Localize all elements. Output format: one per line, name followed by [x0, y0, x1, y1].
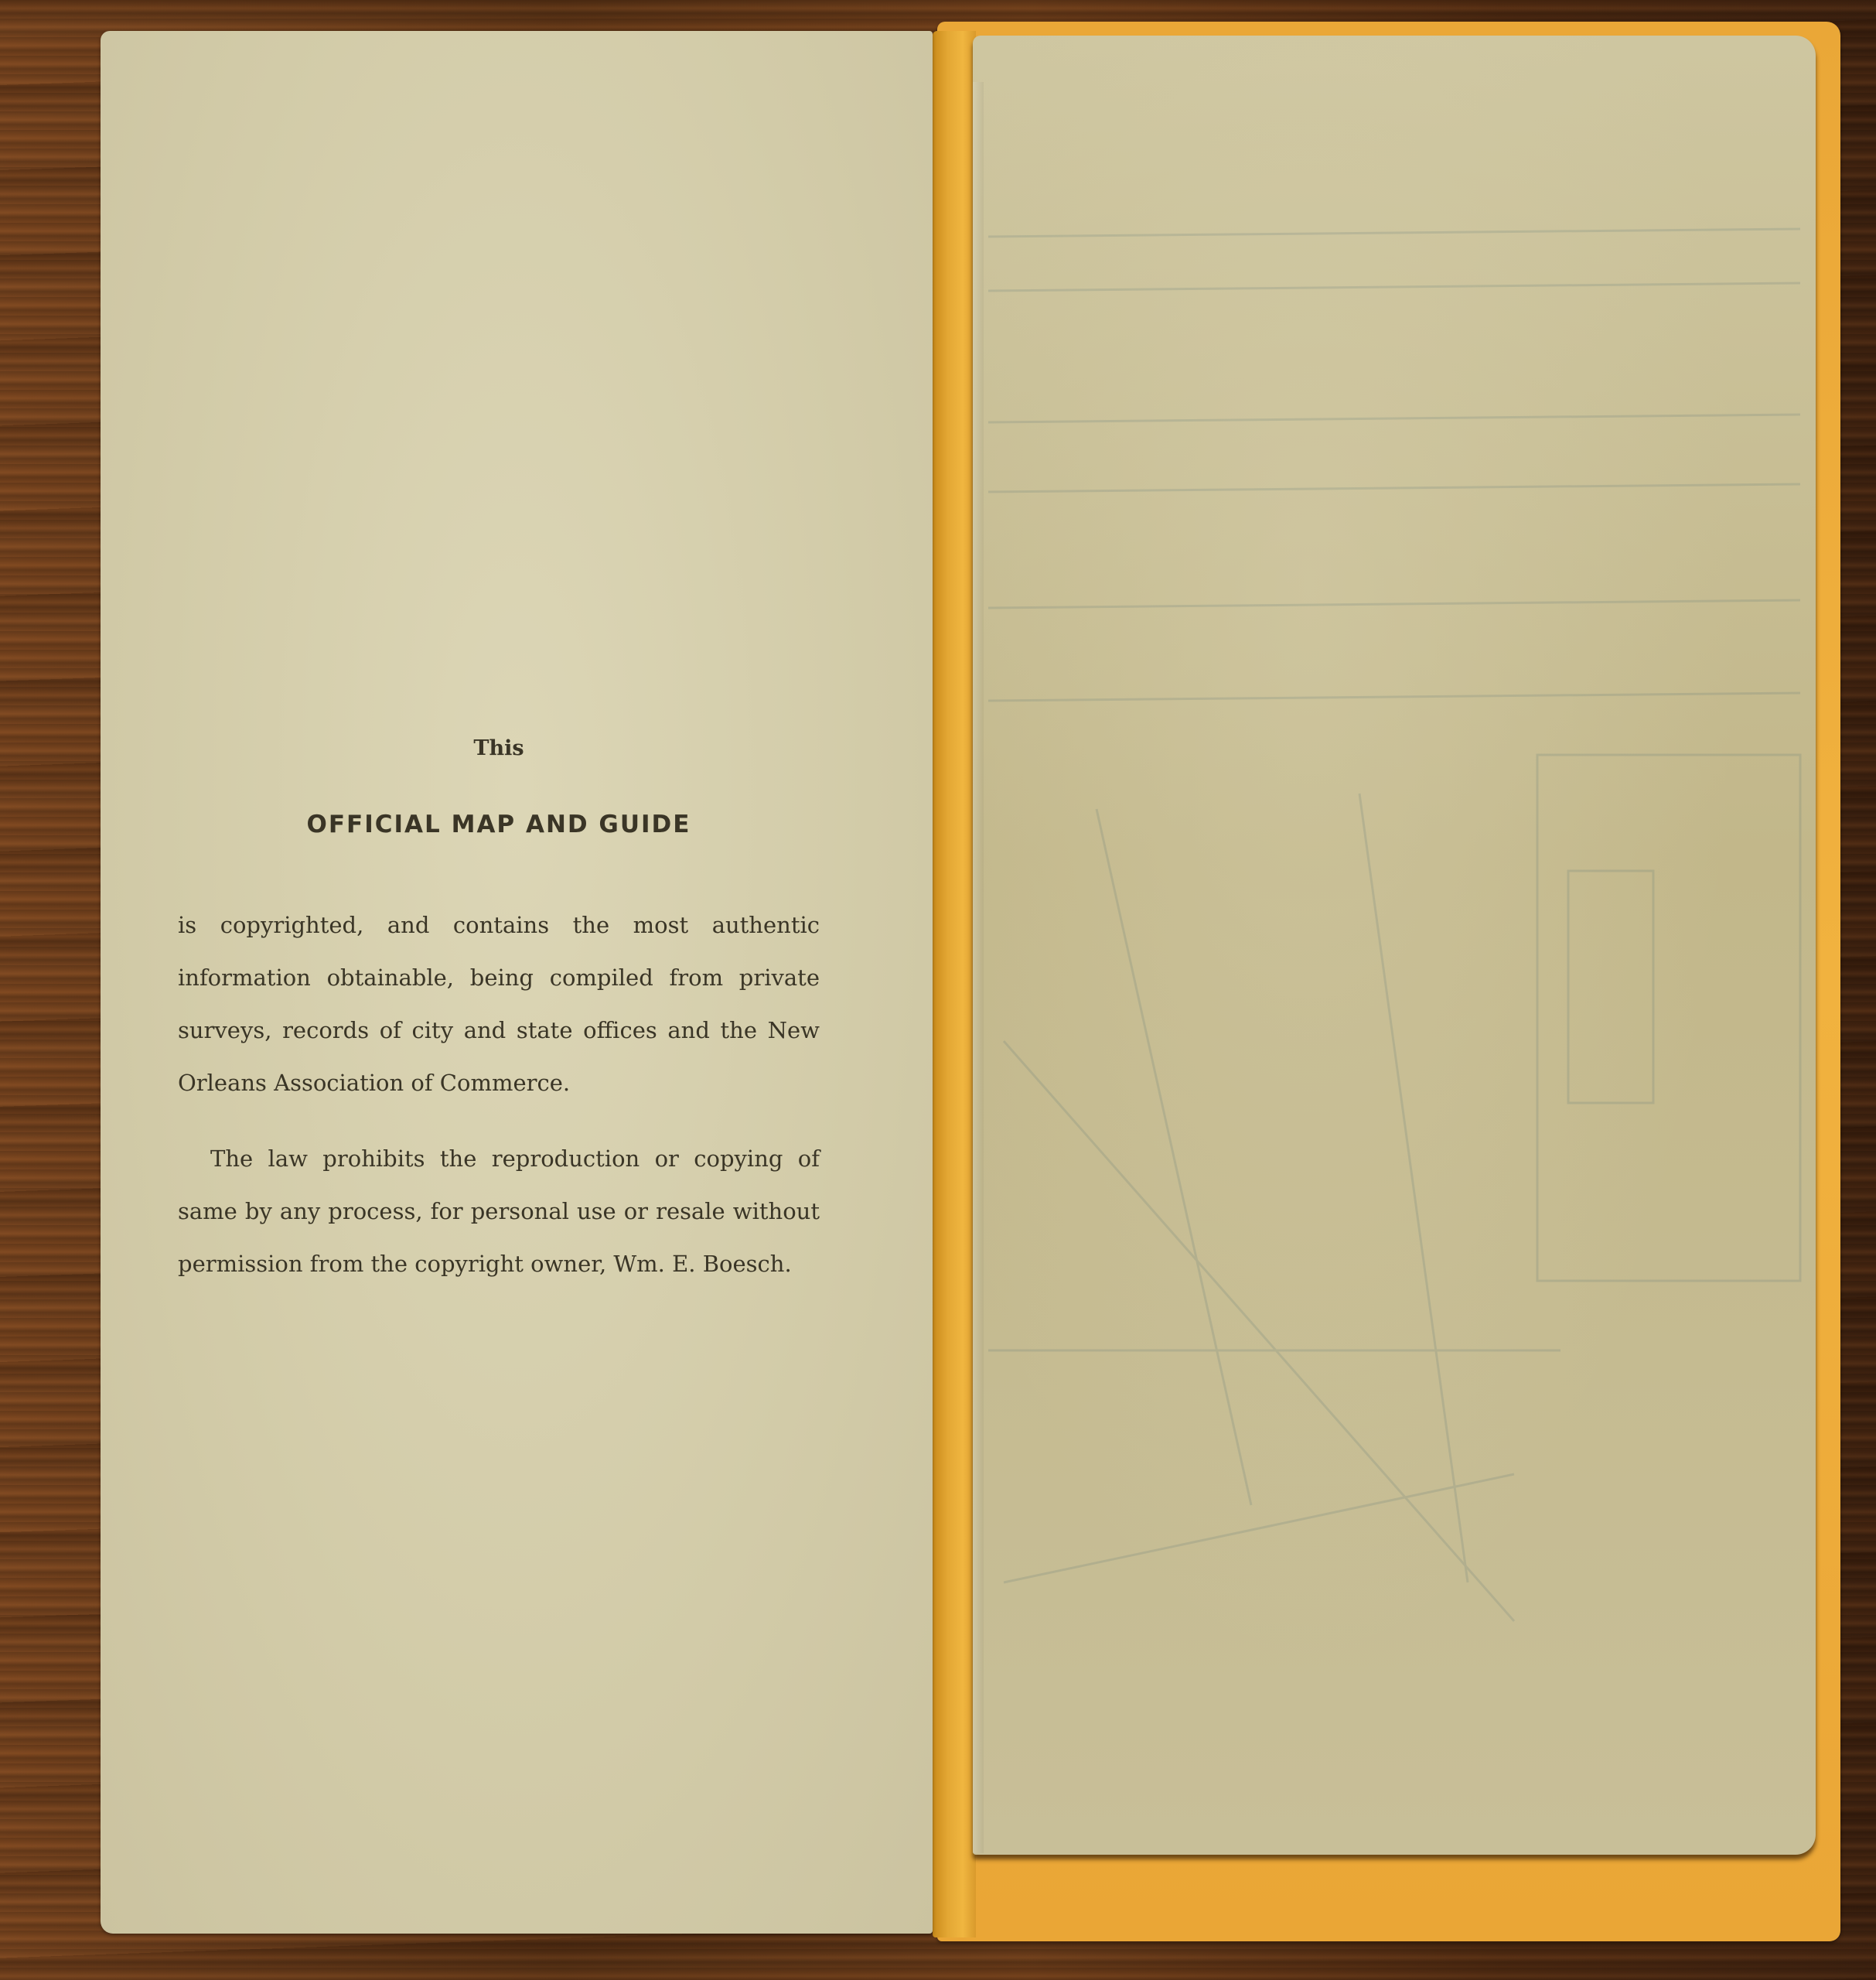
- cover-inner-page: This OFFICIAL MAP AND GUIDE is copyright…: [101, 31, 933, 1934]
- map-show-through: [973, 36, 1816, 1855]
- title-heading: OFFICIAL MAP AND GUIDE: [178, 811, 820, 838]
- folded-map: [973, 36, 1816, 1855]
- prohibition-paragraph: The law prohibits the reproduction or co…: [178, 1132, 820, 1290]
- copyright-paragraph: is copyrighted, and contains the most au…: [178, 899, 820, 1109]
- intro-text: This: [178, 736, 820, 760]
- cover-spine: [933, 31, 976, 1937]
